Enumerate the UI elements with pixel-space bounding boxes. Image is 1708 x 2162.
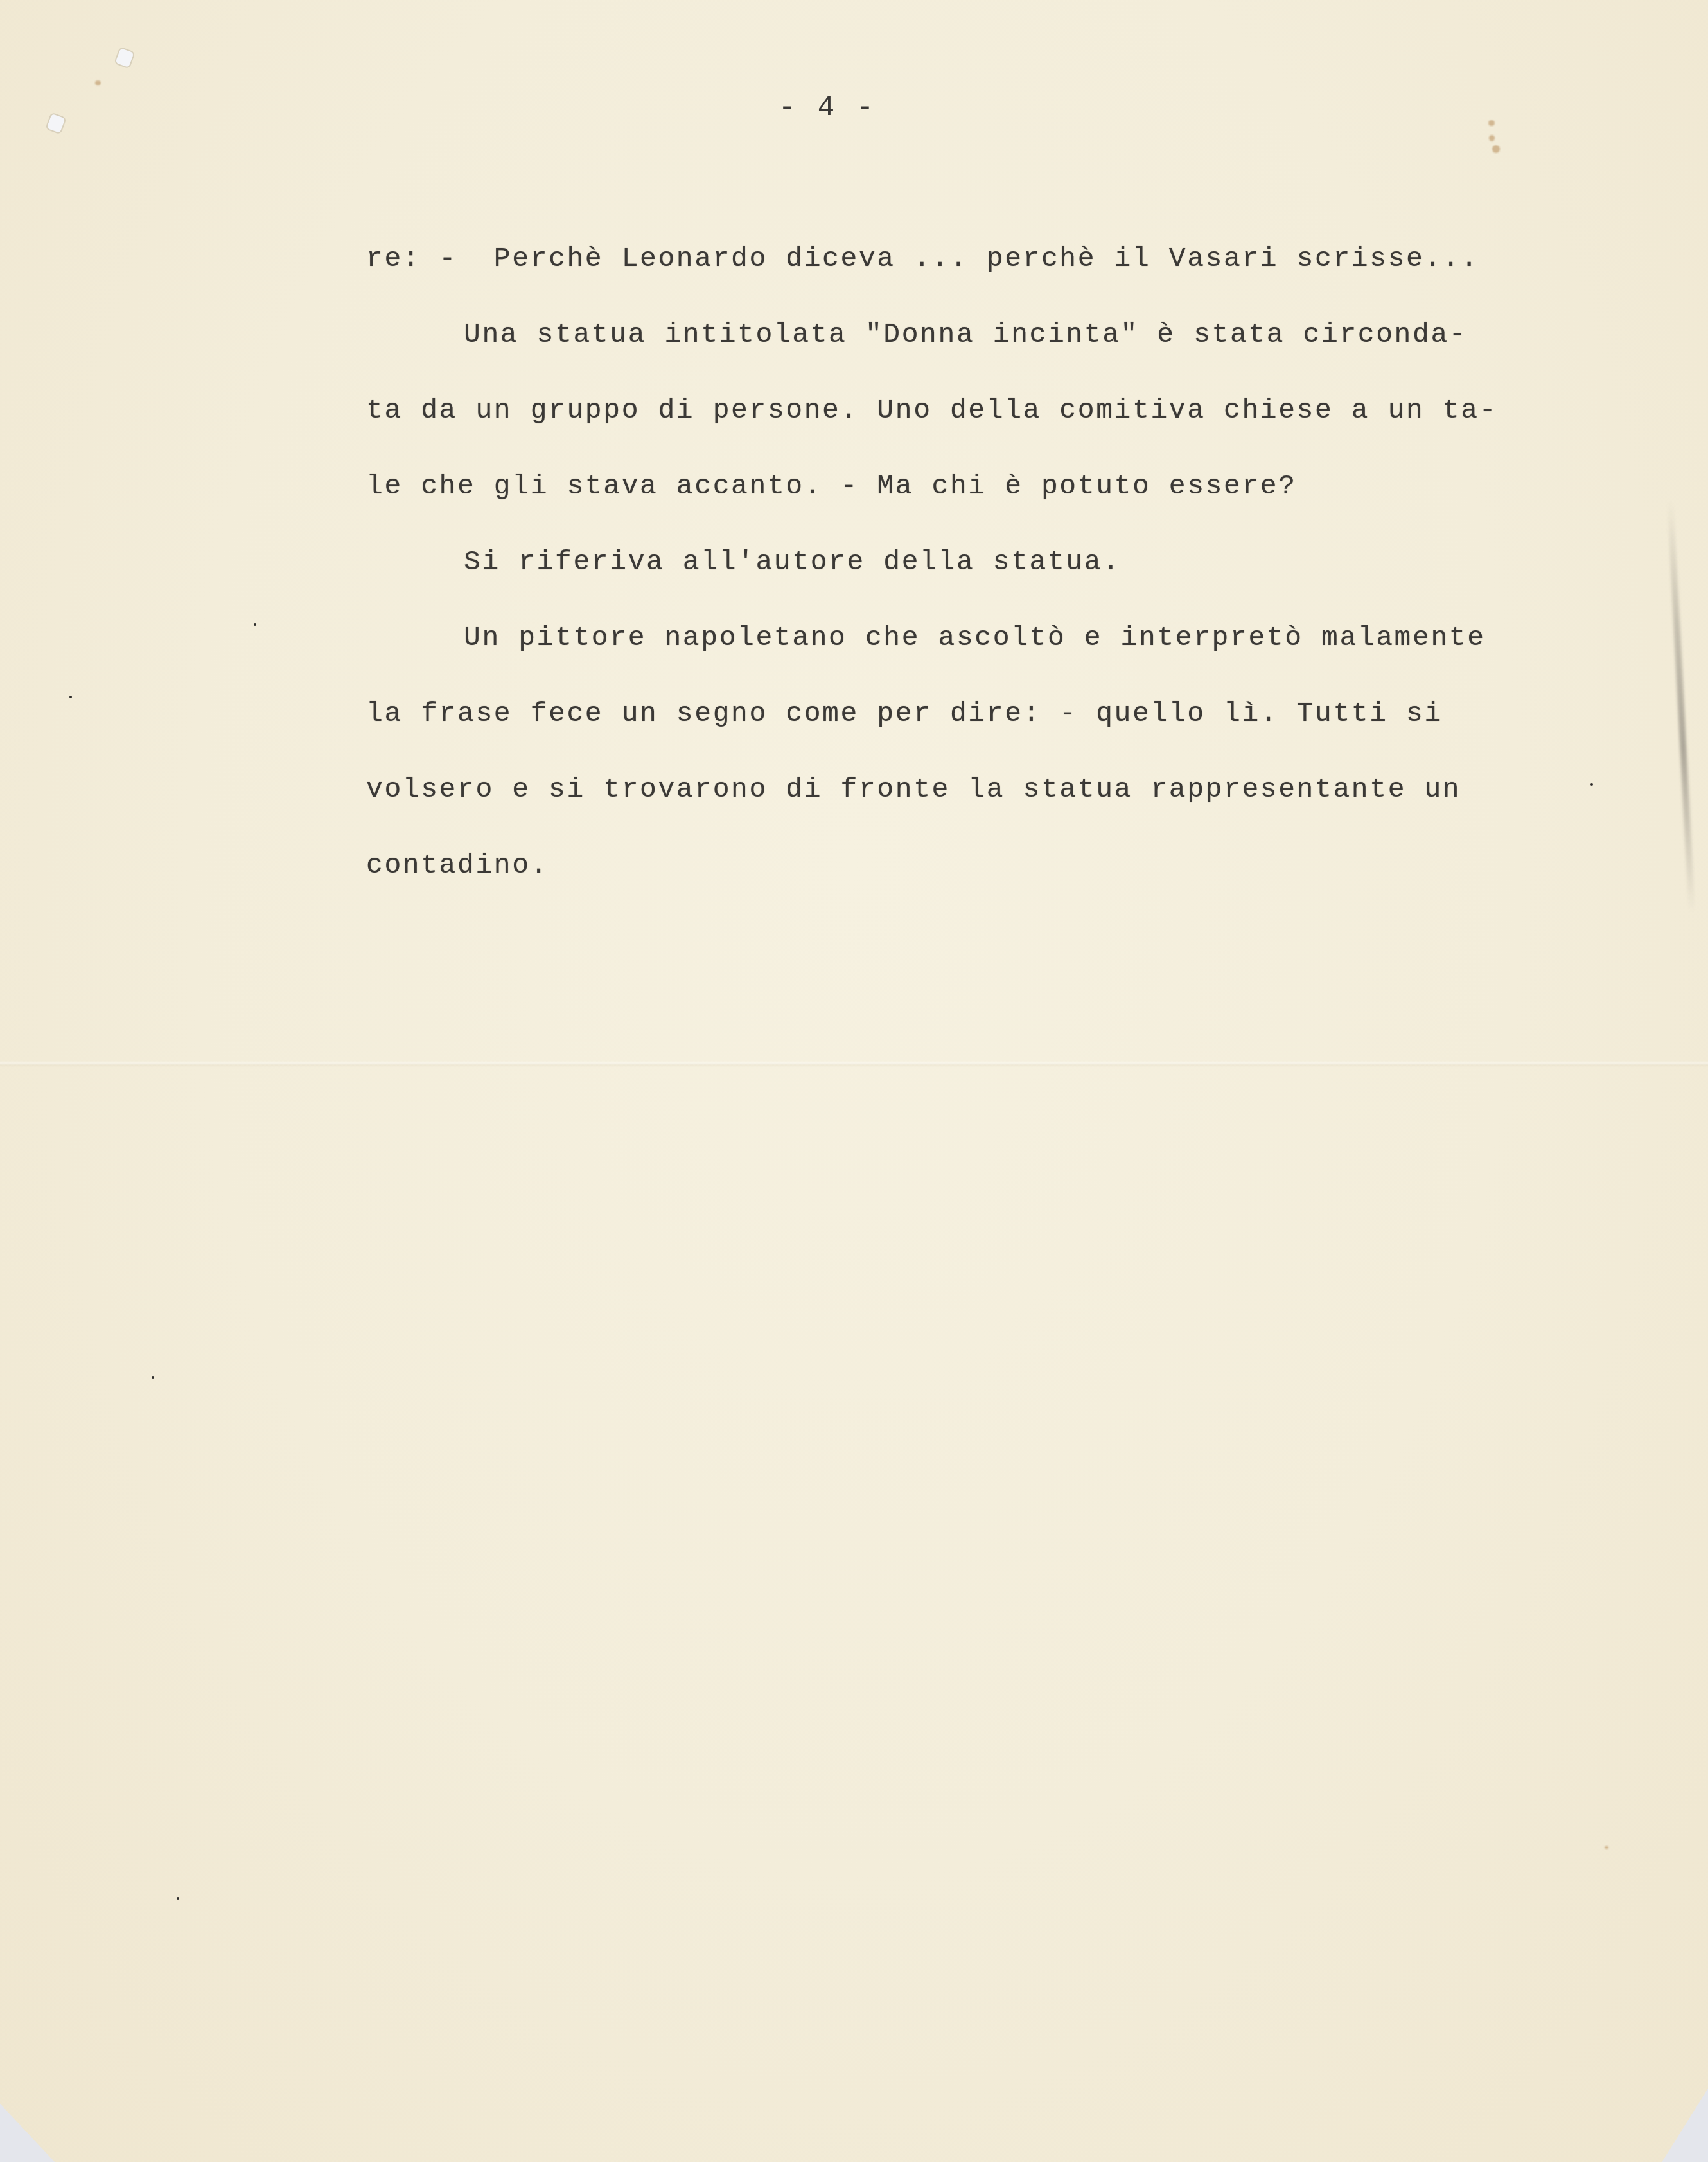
text-line: Una statua intitolata "Donna incinta" è … — [366, 315, 1612, 391]
edge-smudge — [1667, 501, 1695, 912]
text-line: la frase fece un segno come per dire: - … — [366, 694, 1612, 770]
staple-hole-icon — [47, 114, 66, 133]
paper-fold-crease — [0, 1061, 1708, 1067]
ink-speck — [254, 623, 256, 626]
stain-mark — [1489, 135, 1495, 141]
ink-speck — [177, 1897, 179, 1900]
text-line: Si riferiva all'autore della statua. — [366, 542, 1612, 618]
body-text: re: - Perchè Leonardo diceva ... perchè … — [366, 239, 1612, 921]
stain-mark — [1605, 1846, 1608, 1849]
page-number: - 4 - — [776, 92, 879, 124]
text-line: Un pittore napoletano che ascoltò e inte… — [366, 618, 1612, 694]
stain-mark — [95, 80, 101, 85]
staple-hole-icon — [116, 48, 134, 67]
text-line: re: - Perchè Leonardo diceva ... perchè … — [366, 239, 1612, 315]
text-line: volsero e si trovarono di fronte la stat… — [366, 770, 1612, 846]
ink-speck — [69, 696, 72, 698]
text-line: le che gli stava accanto. - Ma chi è pot… — [366, 466, 1612, 542]
ink-speck — [152, 1376, 154, 1379]
stain-mark — [1488, 120, 1495, 126]
typewritten-page: - 4 - re: - Perchè Leonardo diceva ... p… — [0, 0, 1708, 2162]
stain-mark — [1492, 145, 1500, 153]
text-line: contadino. — [366, 846, 1612, 921]
text-line: ta da un gruppo di persone. Uno della co… — [366, 391, 1612, 466]
